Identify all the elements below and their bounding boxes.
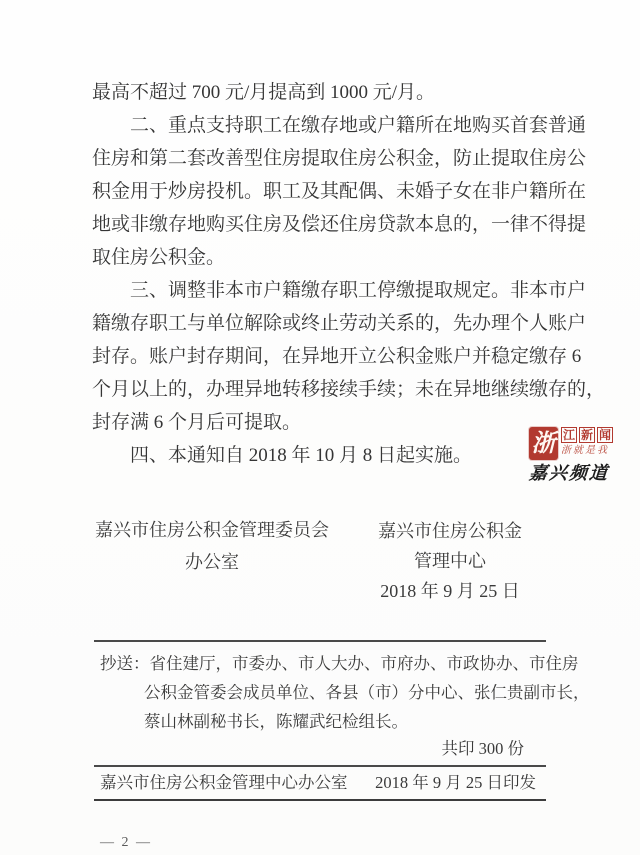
- body-line: 封存满 6 个月后可提取。: [92, 406, 548, 439]
- signature-right-line1: 嘉兴市住房公积金: [370, 516, 530, 546]
- body-line: 住房和第二套改善型住房提取住房公积金，防止提取住房公: [92, 142, 548, 175]
- signature-right-line2: 管理中心: [370, 546, 530, 576]
- body-line: 个月以上的，办理异地转移接续手续；未在异地继续缴存的，: [92, 373, 548, 406]
- print-copies: 共印 300 份: [100, 738, 524, 759]
- footer-rule-bottom: [94, 799, 546, 801]
- watermark-channel: 嘉兴频道: [528, 464, 633, 482]
- document-page: 最高不超过 700 元/月提高到 1000 元/月。二、重点支持职工在缴存地或户…: [0, 0, 640, 855]
- zhejiang-news-watermark: 浙 江新闻 浙就是我 嘉兴频道: [529, 427, 633, 482]
- footer-rule-middle: [94, 765, 546, 767]
- watermark-slogan: 浙就是我: [561, 446, 613, 456]
- document-body: 最高不超过 700 元/月提高到 1000 元/月。二、重点支持职工在缴存地或户…: [92, 76, 548, 472]
- watermark-brand-row: 浙 江新闻 浙就是我: [529, 427, 633, 460]
- body-line: 四、本通知自 2018 年 10 月 8 日起实施。: [92, 439, 548, 472]
- body-line: 封存。账户封存期间，在异地开立公积金账户并稳定缴存 6: [92, 340, 548, 373]
- imprint-issuer: 嘉兴市住房公积金管理中心办公室: [100, 772, 348, 794]
- body-line: 积金用于炒房投机。职工及其配偶、未婚子女在非户籍所在: [92, 175, 548, 208]
- cc-line: 公积金管委会成员单位、各县（市）分中心、张仁贵副市长，: [100, 678, 532, 707]
- watermark-brand-char: 闻: [597, 427, 613, 443]
- imprint-row: 嘉兴市住房公积金管理中心办公室 2018 年 9 月 25 日印发: [100, 772, 536, 794]
- body-line: 籍缴存职工与单位解除或终止劳动关系的，先办理个人账户: [92, 307, 548, 340]
- cc-line: 抄送：省住建厅，市委办、市人大办、市府办、市政协办、市住房: [100, 649, 532, 678]
- page-number: — 2 —: [100, 835, 152, 851]
- body-line: 三、调整非本市户籍缴存职工停缴提取规定。非本市户: [92, 274, 548, 307]
- signature-block: 嘉兴市住房公积金管理委员会 办公室 嘉兴市住房公积金 管理中心 2018 年 9…: [92, 514, 548, 606]
- watermark-brand-char: 新: [579, 427, 595, 443]
- signature-right-org: 嘉兴市住房公积金 管理中心 2018 年 9 月 25 日: [370, 516, 530, 606]
- signature-left-line2: 办公室: [92, 546, 332, 578]
- footer-rule-top: [94, 640, 546, 642]
- body-line: 最高不超过 700 元/月提高到 1000 元/月。: [92, 76, 548, 109]
- body-line: 地或非缴存地购买住房及偿还住房贷款本息的，一律不得提: [92, 208, 548, 241]
- watermark-brand-chars: 江新闻: [561, 427, 613, 443]
- imprint-print-date: 2018 年 9 月 25 日印发: [375, 772, 536, 794]
- cc-line: 蔡山林副秘书长，陈耀武纪检组长。: [100, 707, 532, 736]
- watermark-brand-char: 江: [561, 427, 577, 443]
- body-line: 取住房公积金。: [92, 241, 548, 274]
- body-line: 二、重点支持职工在缴存地或户籍所在地购买首套普通: [92, 109, 548, 142]
- signature-left-org: 嘉兴市住房公积金管理委员会 办公室: [92, 514, 332, 578]
- signature-date: 2018 年 9 月 25 日: [370, 576, 530, 606]
- signature-left-line1: 嘉兴市住房公积金管理委员会: [92, 514, 332, 546]
- zhe-seal-icon: 浙: [529, 427, 558, 460]
- cc-block: 抄送：省住建厅，市委办、市人大办、市府办、市政协办、市住房公积金管委会成员单位、…: [100, 649, 532, 736]
